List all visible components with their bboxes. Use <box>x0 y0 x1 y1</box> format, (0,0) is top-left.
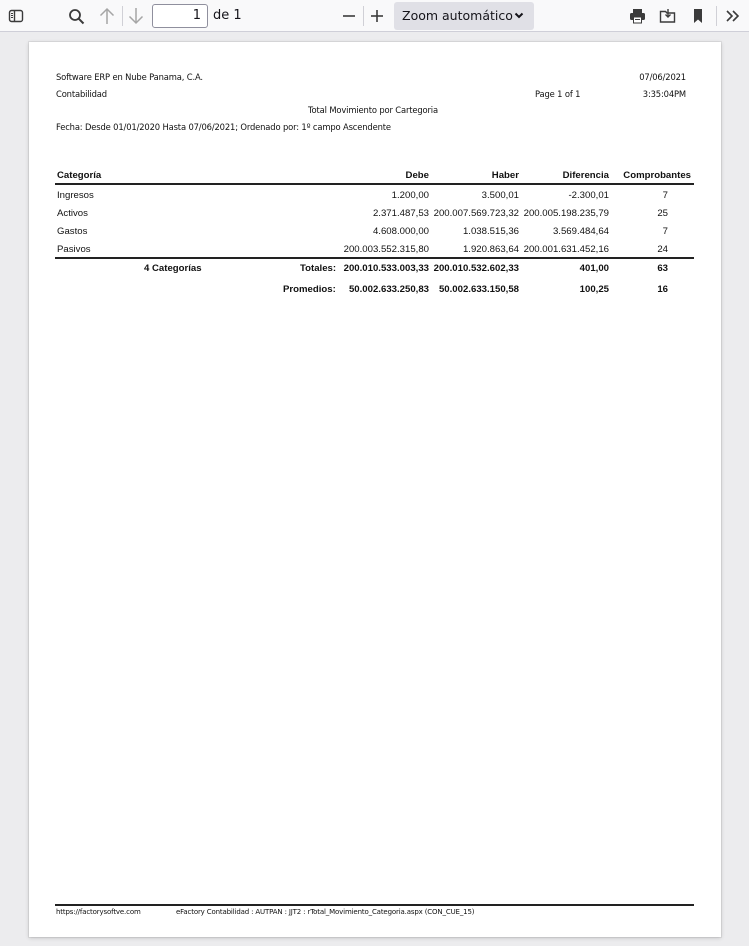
zoom-out-button[interactable] <box>338 0 360 32</box>
averages-debe: 50.002.633.250,83 <box>349 284 429 295</box>
column-header-diferencia: Diferencia <box>563 170 609 181</box>
cell-diferencia: 200.005.198.235,79 <box>524 208 609 219</box>
column-header-comprobantes: Comprobantes <box>623 170 691 181</box>
sidebar-icon <box>8 8 24 24</box>
zoom-select[interactable]: Zoom automático <box>394 2 534 30</box>
totals-label: Totales: <box>300 263 336 274</box>
totals-rule <box>55 257 694 259</box>
column-header-haber: Haber <box>492 170 519 181</box>
download-icon <box>659 8 676 24</box>
zoom-select-value: Zoom automático <box>402 8 513 23</box>
averages-comprobantes: 16 <box>657 284 668 295</box>
page-indicator: Page 1 of 1 <box>535 89 580 99</box>
footer-info: eFactory Contabilidad : AUTPAN : JJT2 : … <box>176 908 474 916</box>
bookmark-icon <box>692 8 704 24</box>
pdf-page: Software ERP en Nube Panama, C.A. Contab… <box>29 42 721 937</box>
footer-rule <box>55 904 694 906</box>
cell-categoria: Activos <box>57 208 88 219</box>
column-header-categoria: Categoría <box>57 170 101 181</box>
report-filter: Fecha: Desde 01/01/2020 Hasta 07/06/2021… <box>56 122 391 132</box>
tools-button[interactable] <box>722 0 744 32</box>
report-title: Total Movimiento por Cartegoria <box>308 105 438 115</box>
totals-debe: 200.010.533.003,33 <box>344 263 429 274</box>
cell-categoria: Ingresos <box>57 190 94 201</box>
cell-comprobantes: 7 <box>663 226 668 237</box>
column-header-debe: Debe <box>406 170 429 181</box>
cell-haber: 200.007.569.723,32 <box>434 208 519 219</box>
cell-comprobantes: 24 <box>657 244 668 255</box>
cell-diferencia: 200.001.631.452,16 <box>524 244 609 255</box>
company-name: Software ERP en Nube Panama, C.A. <box>56 72 203 82</box>
cell-comprobantes: 7 <box>663 190 668 201</box>
cell-haber: 1.920.863,64 <box>463 244 519 255</box>
averages-label: Promedios: <box>283 284 336 295</box>
cell-categoria: Pasivos <box>57 244 91 255</box>
arrow-up-icon <box>99 7 115 25</box>
previous-page-button[interactable] <box>96 0 118 32</box>
report-time: 3:35:04PM <box>643 89 686 99</box>
chevron-down-icon <box>514 12 524 20</box>
find-button[interactable] <box>64 0 88 32</box>
totals-diferencia: 401,00 <box>580 263 609 274</box>
search-icon <box>68 8 85 25</box>
next-page-button[interactable] <box>125 0 147 32</box>
cell-diferencia: -2.300,01 <box>568 190 609 201</box>
print-button[interactable] <box>626 0 648 32</box>
sidebar-toggle-button[interactable] <box>4 0 28 32</box>
page-count-label: de 1 <box>213 0 242 32</box>
cell-debe: 200.003.552.315,80 <box>344 244 429 255</box>
save-button[interactable] <box>656 0 678 32</box>
plus-icon <box>370 9 384 23</box>
cell-diferencia: 3.569.484,64 <box>553 226 609 237</box>
module-name: Contabilidad <box>56 89 107 99</box>
arrow-down-icon <box>128 7 144 25</box>
page-number-input[interactable]: 1 <box>152 4 208 28</box>
double-chevron-icon <box>725 9 741 23</box>
print-icon <box>629 8 646 24</box>
cell-debe: 2.371.487,53 <box>373 208 429 219</box>
pdf-toolbar: 1 de 1 Zoom automático <box>0 0 749 32</box>
category-count: 4 Categorías <box>144 263 202 274</box>
cell-debe: 4.608.000,00 <box>373 226 429 237</box>
minus-icon <box>342 9 356 23</box>
cell-comprobantes: 25 <box>657 208 668 219</box>
cell-categoria: Gastos <box>57 226 87 237</box>
cell-haber: 1.038.515,36 <box>463 226 519 237</box>
totals-haber: 200.010.532.602,33 <box>434 263 519 274</box>
totals-comprobantes: 63 <box>657 263 668 274</box>
report-date: 07/06/2021 <box>639 72 686 82</box>
zoom-in-button[interactable] <box>366 0 388 32</box>
averages-haber: 50.002.633.150,58 <box>439 284 519 295</box>
footer-url: https://factorysoftve.com <box>56 908 141 916</box>
bookmark-button[interactable] <box>687 0 709 32</box>
averages-diferencia: 100,25 <box>580 284 609 295</box>
cell-debe: 1.200,00 <box>392 190 429 201</box>
header-rule <box>55 183 694 185</box>
cell-haber: 3.500,01 <box>482 190 519 201</box>
